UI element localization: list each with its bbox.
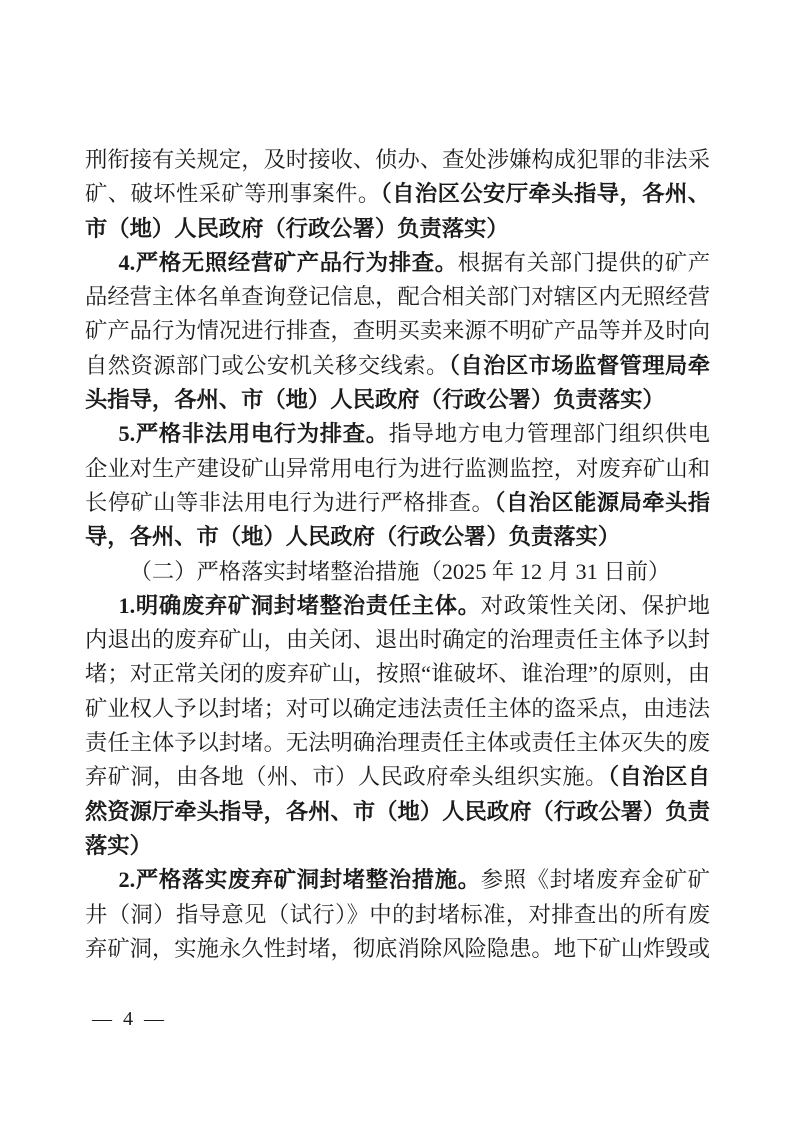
text-line: 市（地）人民政府（行政公署）负责落实）: [85, 212, 710, 246]
text-line: 落实）: [85, 829, 710, 863]
text-line: 责任主体予以封堵。无法明确治理责任主体或责任主体灭失的废: [85, 726, 710, 760]
text-line: 然资源厅牵头指导，各州、市（地）人民政府（行政公署）负责: [85, 795, 710, 829]
bold-text-segment: 导，各州、市（地）人民政府（行政公署）负责落实）: [85, 524, 620, 549]
text-segment: 长停矿山等非法用电行为进行严格排查。: [85, 490, 494, 515]
bold-text-segment: 头指导，各州、市（地）人民政府（行政公署）负责落实）: [85, 387, 665, 412]
text-line: 头指导，各州、市（地）人民政府（行政公署）负责落实）: [85, 383, 710, 417]
text-segment: 责任主体予以封堵。无法明确治理责任主体或责任主体灭失的废: [85, 730, 710, 755]
text-line: 4.严格无照经营矿产品行为排查。根据有关部门提供的矿产: [85, 246, 710, 280]
text-line: 井（洞）指导意见（试行）》中的封堵标准，对排查出的所有废: [85, 898, 710, 932]
text-line: 长停矿山等非法用电行为进行严格排查。（自治区能源局牵头指: [85, 486, 710, 520]
bold-text-segment: 市（地）人民政府（行政公署）负责落实）: [85, 216, 509, 241]
text-segment: 矿、破坏性采矿等刑事案件。: [85, 181, 381, 206]
text-line: 1.明确废弃矿洞封堵整治责任主体。对政策性关闭、保护地: [85, 589, 710, 623]
text-line: 矿业权人予以封堵；对可以确定违法责任主体的盗采点，由违法: [85, 692, 710, 726]
text-segment: 弃矿洞，实施永久性封堵，彻底消除风险隐患。地下矿山炸毁或: [85, 936, 710, 961]
text-segment: 矿业权人予以封堵；对可以确定违法责任主体的盗采点，由违法: [85, 696, 710, 721]
text-line: 弃矿洞，由各地（州、市）人民政府牵头组织实施。（自治区自: [85, 760, 710, 794]
text-segment: 矿产品行为情况进行排查，查明买卖来源不明矿产品等并及时向: [85, 318, 710, 343]
bold-text-segment: 5.严格非法用电行为排查。: [118, 421, 388, 446]
bold-text-segment: （自治区自: [608, 764, 710, 789]
text-segment: 弃矿洞，由各地（州、市）人民政府牵头组织实施。: [85, 764, 608, 789]
text-segment: 对政策性关闭、保护地: [481, 593, 710, 618]
text-line: 企业对生产建设矿山异常用电行为进行监测监控，对废弃矿山和: [85, 452, 710, 486]
text-segment: 井（洞）指导意见（试行）》中的封堵标准，对排查出的所有废: [85, 902, 710, 927]
text-line: 自然资源部门或公安机关移交线索。（自治区市场监督管理局牵: [85, 349, 710, 383]
text-segment: 自然资源部门或公安机关移交线索。: [85, 353, 449, 378]
text-line: 内退出的废弃矿山，由关闭、退出时确定的治理责任主体予以封: [85, 623, 710, 657]
bold-text-segment: 1.明确废弃矿洞封堵整治责任主体。: [118, 593, 480, 618]
text-segment: 内退出的废弃矿山，由关闭、退出时确定的治理责任主体予以封: [85, 627, 710, 652]
bold-text-segment: 2.严格落实废弃矿洞封堵整治措施。: [118, 867, 480, 892]
page-number: — 4 —: [92, 1008, 167, 1031]
bold-text-segment: （自治区市场监督管理局牵: [449, 353, 710, 378]
text-line: 5.严格非法用电行为排查。指导地方电力管理部门组织供电: [85, 417, 710, 451]
text-line: 品经营主体名单查询登记信息，配合相关部门对辖区内无照经营: [85, 280, 710, 314]
text-segment: 刑衔接有关规定，及时接收、侦办、查处涉嫌构成犯罪的非法采: [85, 147, 710, 172]
text-line: 导，各州、市（地）人民政府（行政公署）负责落实）: [85, 520, 710, 554]
text-segment: 指导地方电力管理部门组织供电: [389, 421, 710, 446]
bold-text-segment: 然资源厅牵头指导，各州、市（地）人民政府（行政公署）负责: [85, 799, 710, 824]
text-segment: 堵；对正常关闭的废弃矿山，按照“谁破坏、谁治理”的原则，由: [85, 661, 710, 686]
document-text: 刑衔接有关规定，及时接收、侦办、查处涉嫌构成犯罪的非法采矿、破坏性采矿等刑事案件…: [85, 143, 710, 966]
text-line: 堵；对正常关闭的废弃矿山，按照“谁破坏、谁治理”的原则，由: [85, 657, 710, 691]
text-line: 矿、破坏性采矿等刑事案件。（自治区公安厅牵头指导，各州、: [85, 177, 710, 211]
bold-text-segment: （自治区公安厅牵头指导，各州、: [381, 181, 710, 206]
text-segment: 根据有关部门提供的矿产: [458, 250, 710, 275]
text-line: （二）严格落实封堵整治措施（2025 年 12 月 31 日前）: [85, 555, 710, 589]
text-line: 2.严格落实废弃矿洞封堵整治措施。参照《封堵废弃金矿矿: [85, 863, 710, 897]
text-line: 弃矿洞，实施永久性封堵，彻底消除风险隐患。地下矿山炸毁或: [85, 932, 710, 966]
text-segment: （二）严格落实封堵整治措施（2025 年 12 月 31 日前）: [130, 559, 671, 584]
text-segment: 企业对生产建设矿山异常用电行为进行监测监控，对废弃矿山和: [85, 456, 710, 481]
bold-text-segment: （自治区能源局牵头指: [494, 490, 710, 515]
document-page: 刑衔接有关规定，及时接收、侦办、查处涉嫌构成犯罪的非法采矿、破坏性采矿等刑事案件…: [0, 0, 793, 1121]
text-line: 矿产品行为情况进行排查，查明买卖来源不明矿产品等并及时向: [85, 314, 710, 348]
bold-text-segment: 落实）: [85, 833, 152, 858]
text-segment: 品经营主体名单查询登记信息，配合相关部门对辖区内无照经营: [85, 284, 710, 309]
text-segment: 参照《封堵废弃金矿矿: [481, 867, 710, 892]
text-line: 刑衔接有关规定，及时接收、侦办、查处涉嫌构成犯罪的非法采: [85, 143, 710, 177]
bold-text-segment: 4.严格无照经营矿产品行为排查。: [118, 250, 457, 275]
